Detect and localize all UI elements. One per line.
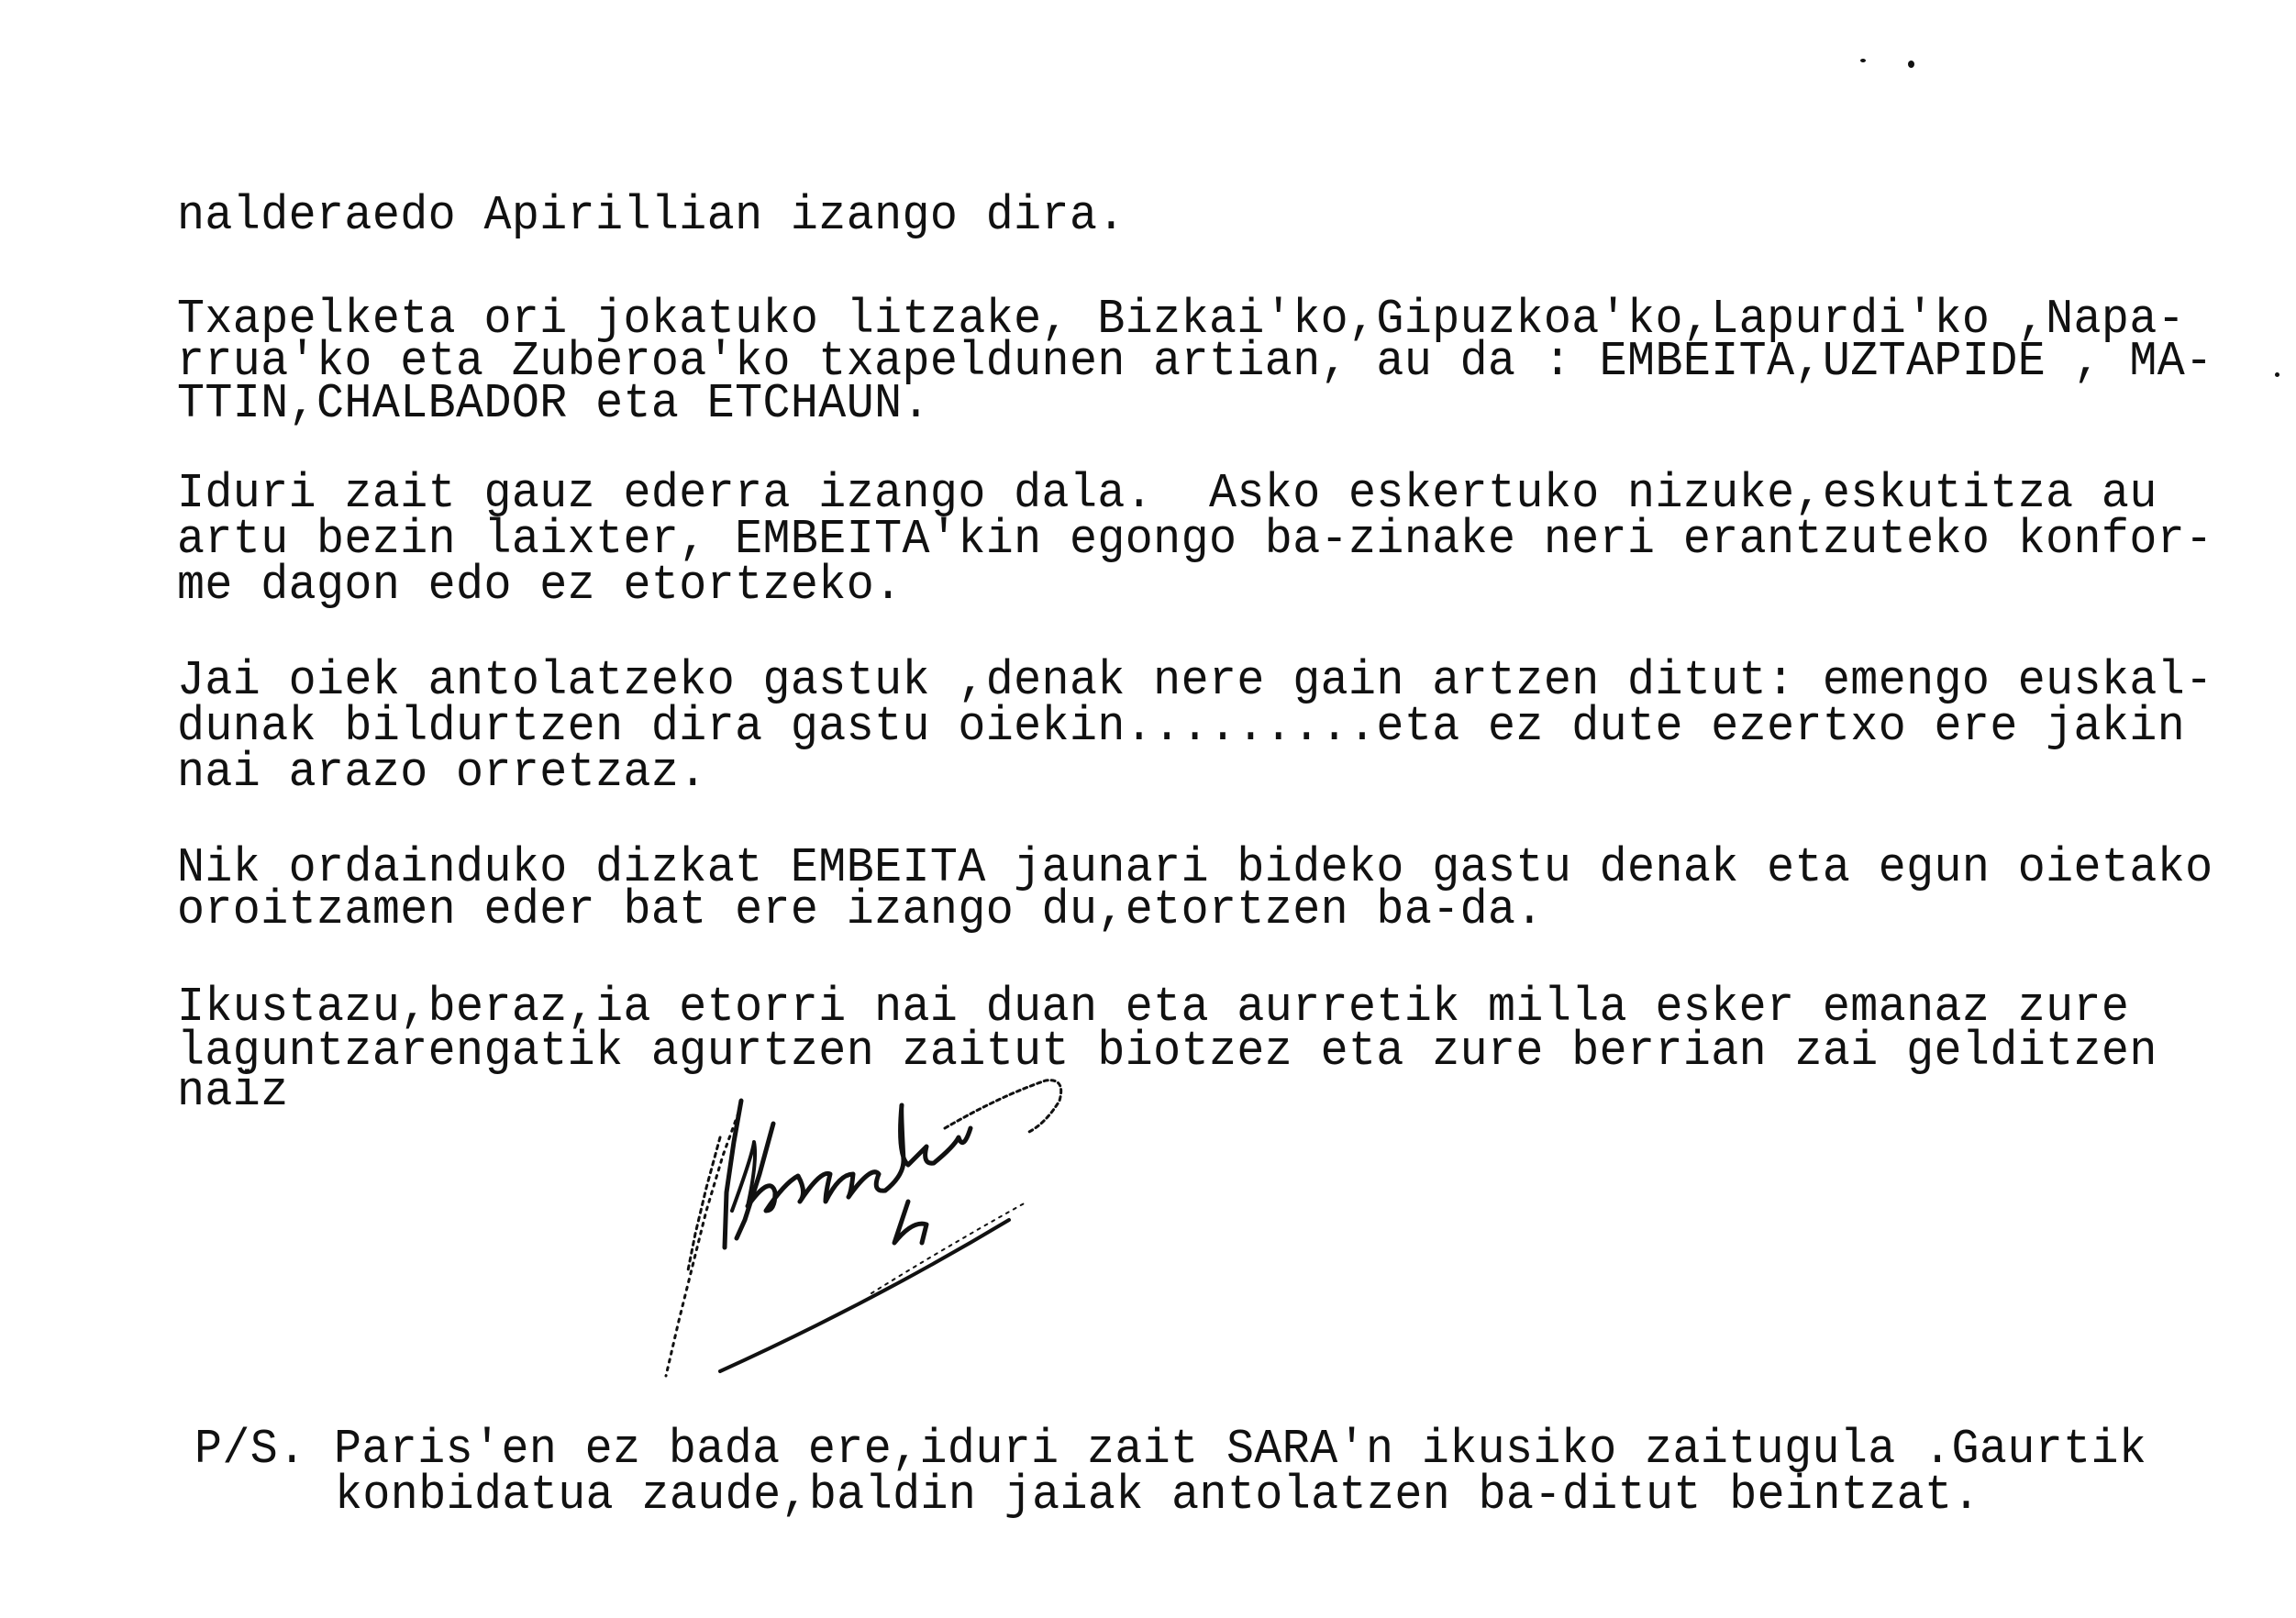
letter-page: nalderaedo Apirillian izango dira. Txape… <box>0 0 2296 1618</box>
paragraph-4-line-3: nai arazo orretzaz. <box>177 749 707 798</box>
stray-mark <box>1860 59 1866 62</box>
stray-mark <box>1908 61 1914 68</box>
paragraph-4-line-2: dunak bildurtzen dira gastu oiekin......… <box>177 704 2185 752</box>
stray-mark <box>2275 372 2279 377</box>
paragraph-2-line-3: TTIN,CHALBADOR eta ETCHAUN. <box>177 381 930 429</box>
postscript-line-1: P/S. Paris'en ez bada ere,iduri zait SAR… <box>194 1426 2146 1475</box>
paragraph-6-line-2: laguntzarengatik agurtzen zaitut biotzez… <box>177 1028 2157 1077</box>
paragraph-1-line-1: nalderaedo Apirillian izango dira. <box>177 193 1126 241</box>
paragraph-6-line-3: naiz <box>177 1069 289 1117</box>
paragraph-4-line-1: Jai oiek antolatzeko gastuk ,denak nere … <box>177 658 2213 706</box>
handwritten-signature <box>642 1073 1559 1394</box>
paragraph-5-line-2: oroitzamen eder bat ere izango du,etortz… <box>177 887 1544 936</box>
paragraph-3-line-3: me dagon edo ez etortzeko. <box>177 562 903 611</box>
paragraph-3-line-1: Iduri zait gauz ederra izango dala. Asko… <box>177 471 2157 519</box>
paragraph-3-line-2: artu bezin laixter, EMBEITA'kin egongo b… <box>177 516 2213 565</box>
postscript-line-2: konbidatua zaude,baldin jaiak antolatzen… <box>335 1472 1980 1521</box>
